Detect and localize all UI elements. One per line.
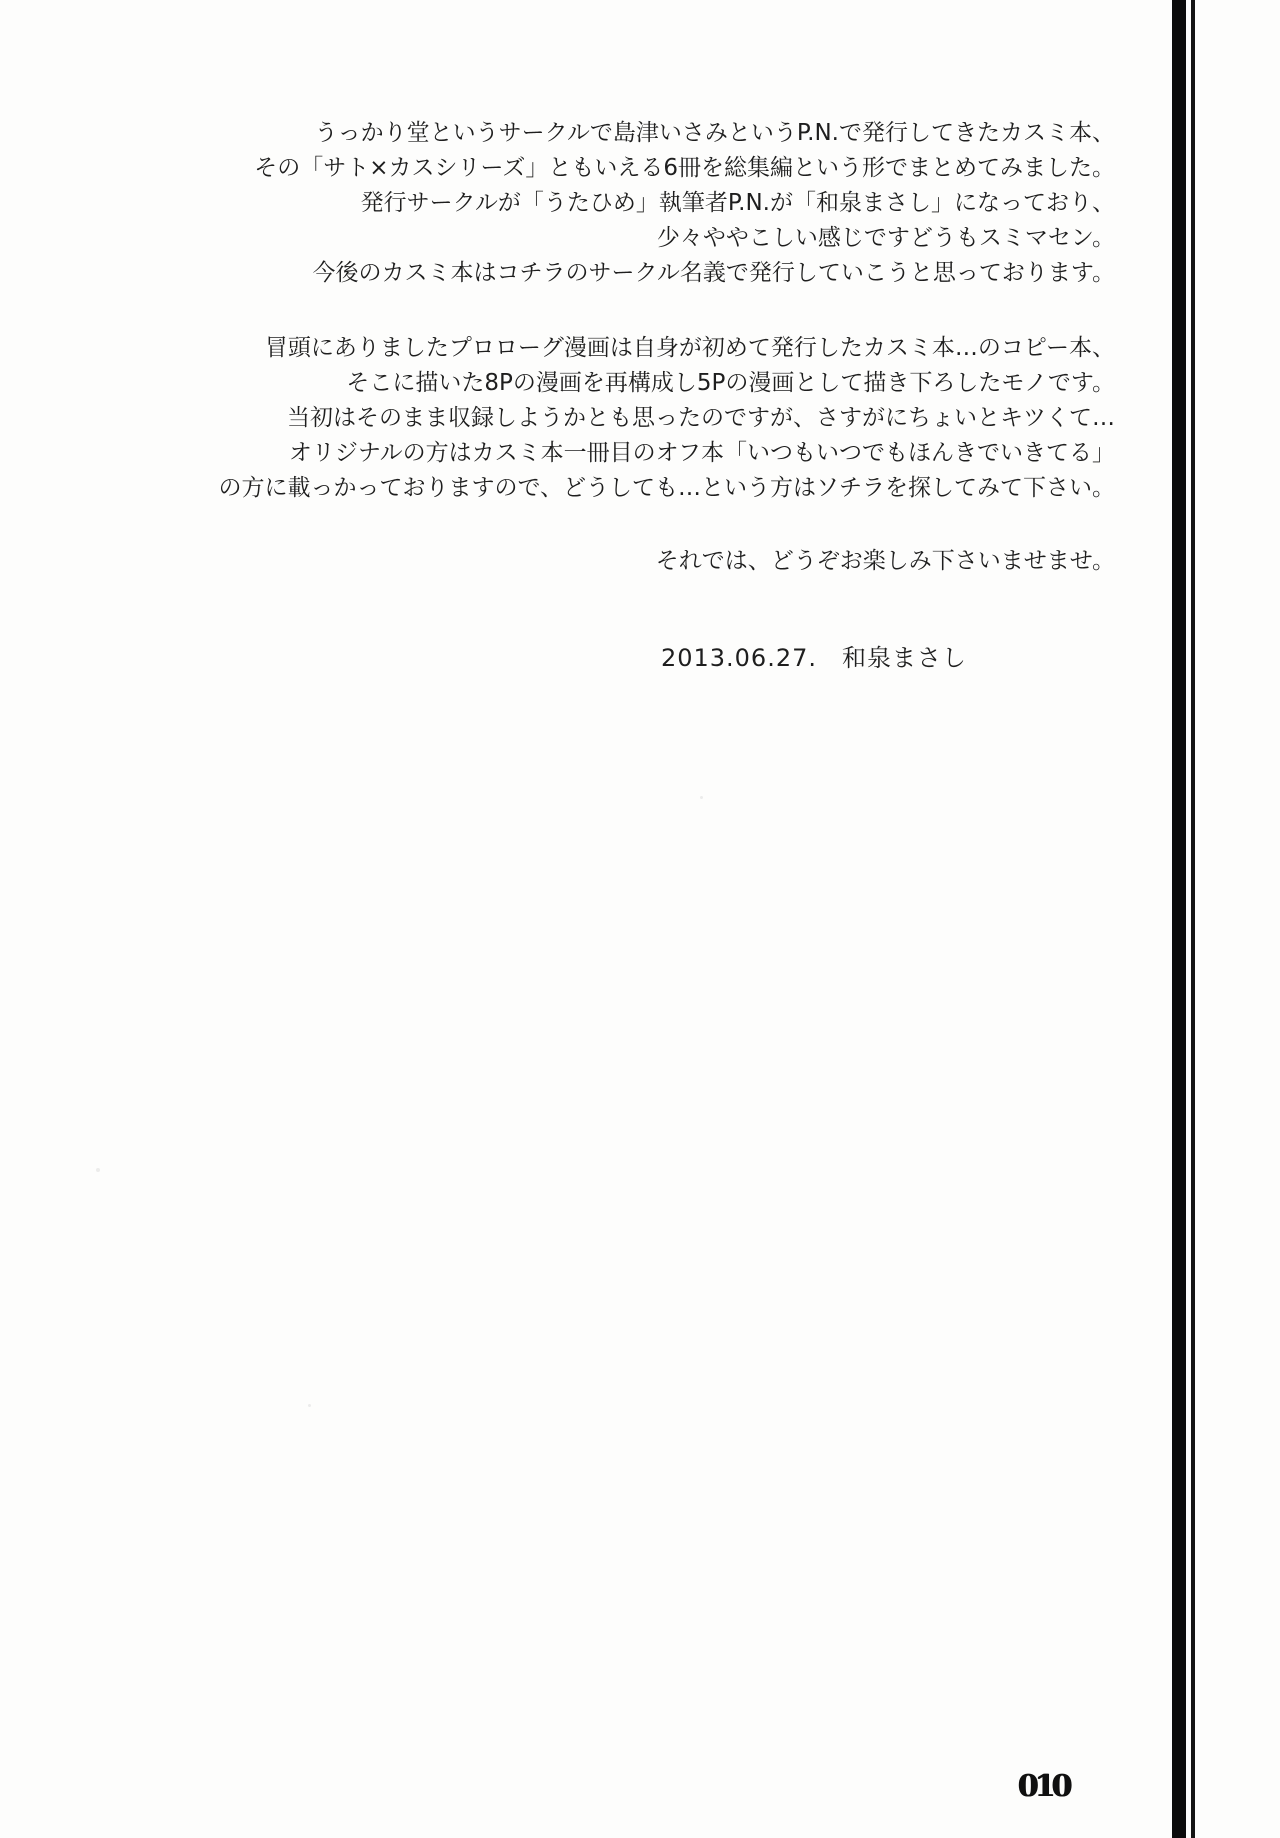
text-line: オリジナルの方はカスミ本一冊目のオフ本「いつもいつでもほんきでいきてる」 bbox=[170, 436, 1115, 471]
scanned-afterword-page: うっかり堂というサークルで島津いさみというP.N.で発行してきたカスミ本、 その… bbox=[0, 0, 1280, 1838]
text-line: 発行サークルが「うたひめ」執筆者P.N.が「和泉まさし」になっており、 bbox=[170, 186, 1115, 221]
text-line: うっかり堂というサークルで島津いさみというP.N.で発行してきたカスミ本、 bbox=[170, 116, 1115, 151]
text-line: その「サト×カスシリーズ」ともいえる6冊を総集編という形でまとめてみました。 bbox=[170, 151, 1115, 186]
text-line: 冒頭にありましたプロローグ漫画は自身が初めて発行したカスミ本…のコピー本、 bbox=[170, 331, 1115, 366]
text-line: 当初はそのまま収録しようかとも思ったのですが、さすがにちょいとキツくて… bbox=[170, 401, 1115, 436]
binding-rule-thick bbox=[1172, 0, 1186, 1838]
afterword-text-block: うっかり堂というサークルで島津いさみというP.N.で発行してきたカスミ本、 その… bbox=[170, 116, 1115, 677]
text-line: の方に載っかっておりますので、どうしても…という方はソチラを探してみて下さい。 bbox=[170, 471, 1115, 506]
closing-line: それでは、どうぞお楽しみ下さいませませ。 bbox=[170, 544, 1115, 579]
date-signature: 2013.06.27. 和泉まさし bbox=[170, 641, 1115, 677]
text-line: 今後のカスミ本はコチラのサークル名義で発行していこうと思っております。 bbox=[170, 256, 1115, 291]
text-line: 少々ややこしい感じですどうもスミマセン。 bbox=[170, 221, 1115, 256]
scan-speck bbox=[700, 796, 703, 799]
text-line: そこに描いた8Pの漫画を再構成し5Pの漫画として描き下ろしたモノです。 bbox=[170, 366, 1115, 401]
afterword-paragraph-1: うっかり堂というサークルで島津いさみというP.N.で発行してきたカスミ本、 その… bbox=[170, 116, 1115, 291]
scan-speck bbox=[96, 1168, 100, 1172]
scan-speck bbox=[308, 1404, 311, 1407]
afterword-paragraph-2: 冒頭にありましたプロローグ漫画は自身が初めて発行したカスミ本…のコピー本、 そこ… bbox=[170, 331, 1115, 506]
binding-rule-thin bbox=[1191, 0, 1195, 1838]
page-number: 010 bbox=[1017, 1769, 1068, 1804]
